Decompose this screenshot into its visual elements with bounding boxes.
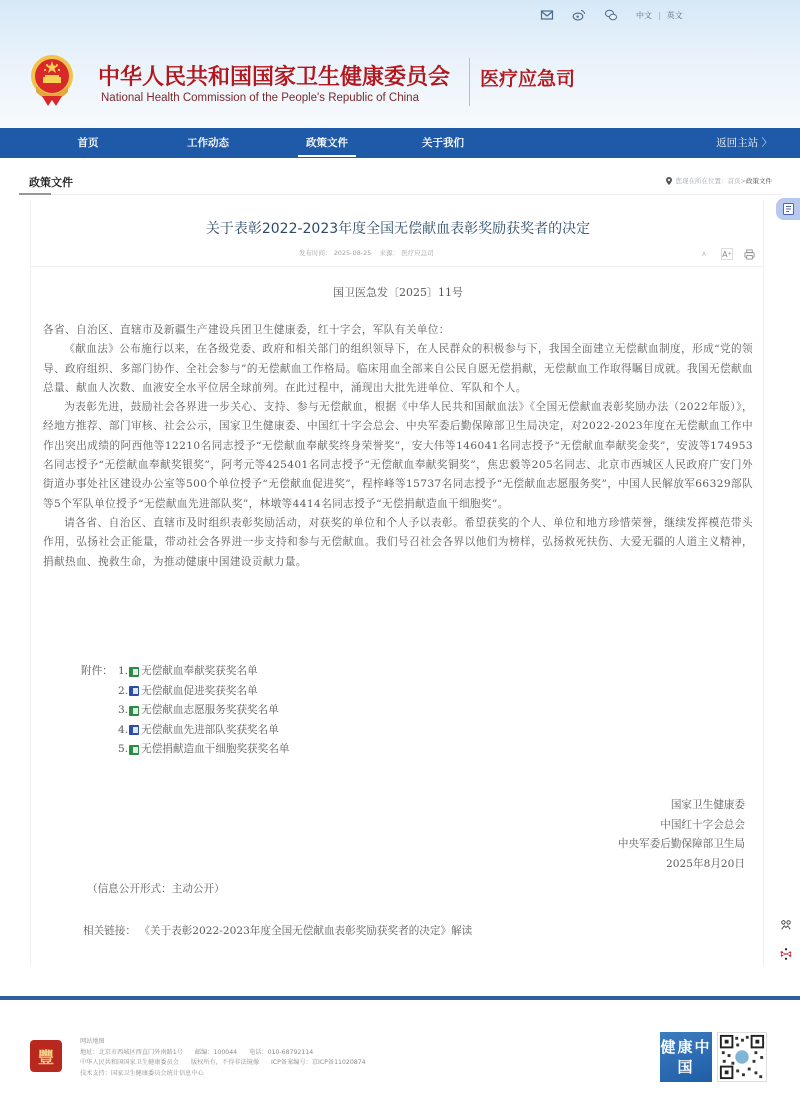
section-divider	[19, 194, 781, 195]
related-label: 相关链接：	[83, 925, 136, 937]
nav-item-work-news[interactable]: 工作动态	[178, 128, 238, 158]
footer-logo: 豐	[30, 1040, 62, 1072]
nav-item-label: 工作动态	[187, 137, 229, 149]
site-map-link[interactable]: 网站地图	[80, 1038, 105, 1045]
article-body: 各省、自治区、直辖市及新疆生产建设兵团卫生健康委，红十字会，军队有关单位： 《献…	[43, 321, 753, 572]
attachment-number: 2.	[118, 682, 128, 702]
wechat-icon[interactable]	[604, 8, 618, 22]
phone-value: 010-68792114	[268, 1049, 314, 1056]
lang-chinese-link[interactable]: 中文	[636, 10, 652, 21]
print-icon[interactable]	[743, 248, 755, 260]
signature-date: 2025年8月20日	[618, 855, 745, 875]
excel-file-icon	[129, 706, 139, 716]
icp-label: ICP备案编号：	[271, 1059, 312, 1066]
attachment-link[interactable]: 无偿献血促进奖获奖名单	[141, 682, 258, 702]
article-card: 关于表彰2022-2023年度全国无偿献血表彰奖励获奖者的决定 发布时间： 20…	[30, 200, 764, 965]
attachment-number: 5.	[118, 740, 128, 760]
attachment-link[interactable]: 无偿献血志愿服务奖获奖名单	[141, 701, 279, 721]
reader-mode-button[interactable]	[776, 198, 800, 220]
site-header: 中文 | 英文 中华人民共和国国家卫生健康委员会 National Health…	[0, 0, 800, 128]
phone-label: 电话：	[249, 1049, 268, 1056]
word-file-icon	[129, 686, 139, 696]
attachment-number: 4.	[118, 721, 128, 741]
national-emblem-logo[interactable]	[28, 52, 76, 108]
nav-item-label: 首页	[78, 137, 99, 149]
attachments-label: 附件：	[81, 662, 118, 682]
attachment-item: 4. 无偿献血先进部队奖获奖名单	[81, 721, 289, 741]
weibo-icon[interactable]	[572, 8, 586, 22]
attachment-link[interactable]: 无偿献血奉献奖获奖名单	[141, 662, 258, 682]
icp-link[interactable]: 京ICP备11020874	[312, 1059, 366, 1066]
attachment-number: 3.	[118, 701, 128, 721]
excel-file-icon	[129, 667, 139, 677]
related-link[interactable]: 《关于表彰2022-2023年度全国无偿献血表彰奖励获奖者的决定》解读	[139, 925, 472, 937]
attachment-item: 2. 无偿献血促进奖获奖名单	[81, 682, 289, 702]
paragraph: 请各省、自治区、直辖市及时组织表彰奖励活动，对获奖的单位和个人予以表彰。希望获奖…	[43, 514, 753, 572]
breadcrumb-home-link[interactable]: 首页	[728, 176, 741, 185]
support-label: 技术支持：	[80, 1070, 111, 1077]
share-network-icon[interactable]	[779, 947, 793, 961]
section-title-underline	[19, 193, 51, 195]
breadcrumb-current: 政策文件	[746, 176, 772, 185]
attachments-list: 附件： 1. 无偿献血奉献奖获奖名单 2. 无偿献血促进奖获奖名单 3. 无偿献…	[81, 662, 289, 760]
source-label: 来源：	[380, 249, 400, 257]
reader-mode-icon	[783, 203, 794, 215]
accessibility-icon[interactable]	[779, 918, 793, 932]
site-title-chinese[interactable]: 中华人民共和国国家卫生健康委员会	[98, 60, 450, 91]
attachment-item: 5. 无偿捐献造血干细胞奖获奖名单	[81, 740, 289, 760]
mail-icon[interactable]	[540, 8, 554, 22]
location-pin-icon	[666, 177, 672, 185]
department-name[interactable]: 医疗应急司	[480, 64, 575, 91]
attachment-link[interactable]: 无偿献血先进部队奖获奖名单	[141, 721, 279, 741]
footer-info: 网站地图 地址：北京市西城区西直门外南路1号 邮编：100044 电话：010-…	[80, 1037, 366, 1079]
main-nav: 首页 工作动态 政策文件 关于我们 返回主站 〉	[0, 128, 800, 158]
paragraph: 《献血法》公布施行以来，在各级党委、政府和相关部门的组织领导下，在人民群众的积极…	[43, 340, 753, 398]
disclosure-note: （信息公开形式：主动公开）	[87, 881, 225, 896]
rights-notice: 版权所有，不得非法镜像	[191, 1059, 259, 1066]
article-title: 关于表彰2022-2023年度全国无偿献血表彰奖励获奖者的决定	[31, 218, 765, 238]
salutation: 各省、自治区、直辖市及新疆生产建设兵团卫生健康委，红十字会，军队有关单位：	[43, 321, 753, 340]
source-value: 医疗应急司	[401, 249, 434, 257]
lang-separator: |	[658, 11, 661, 20]
font-increase-icon[interactable]: A+	[721, 248, 733, 260]
article-meta: 发布时间： 2025-08-25 来源： 医疗应急司	[299, 248, 434, 257]
nav-item-about-us[interactable]: 关于我们	[414, 128, 472, 158]
breadcrumb-prefix: 您现在所在位置：	[676, 176, 728, 185]
related-links: 相关链接： 《关于表彰2022-2023年度全国无偿献血表彰奖励获奖者的决定》解…	[83, 923, 472, 938]
attachment-item: 附件： 1. 无偿献血奉献奖获奖名单	[81, 662, 289, 682]
signature-org: 中央军委后勤保障部卫生局	[618, 835, 745, 855]
lang-english-link[interactable]: 英文	[667, 10, 683, 21]
copyright-org: 中华人民共和国国家卫生健康委员会	[80, 1059, 179, 1066]
attachment-number: 1.	[118, 662, 128, 682]
qr-code	[717, 1032, 767, 1082]
return-main-site-link[interactable]: 返回主站 〉	[716, 128, 772, 158]
signature-block: 国家卫生健康委 中国红十字会总会 中央军委后勤保障部卫生局 2025年8月20日	[618, 796, 745, 874]
postcode-value: 100044	[213, 1049, 237, 1056]
attachment-link[interactable]: 无偿捐献造血干细胞奖获奖名单	[141, 740, 289, 760]
publish-label: 发布时间：	[299, 249, 332, 257]
chevron-right-icon: 〉	[762, 137, 773, 149]
nav-item-label: 政策文件	[306, 137, 348, 149]
font-decrease-icon[interactable]: A-	[699, 248, 711, 260]
excel-file-icon	[129, 745, 139, 755]
nav-item-home[interactable]: 首页	[68, 128, 108, 158]
word-file-icon	[129, 725, 139, 735]
support-value: 国家卫生健康委员会统计信息中心	[111, 1070, 204, 1077]
attachment-item: 3. 无偿献血志愿服务奖获奖名单	[81, 701, 289, 721]
nav-item-label: 关于我们	[422, 137, 464, 149]
top-links: 中文 | 英文	[540, 8, 683, 22]
postcode-label: 邮编：	[195, 1049, 214, 1056]
return-label: 返回主站	[716, 137, 758, 149]
signature-org: 中国红十字会总会	[618, 816, 745, 836]
article-tools: A- A+	[699, 248, 755, 260]
title-divider	[469, 58, 470, 106]
address-label: 地址：	[80, 1049, 99, 1056]
nav-item-policy-documents[interactable]: 政策文件	[298, 128, 356, 158]
address-value: 北京市西城区西直门外南路1号	[99, 1049, 183, 1056]
publish-date: 2025-08-25	[334, 249, 372, 257]
meta-divider	[31, 266, 765, 267]
site-title-english: National Health Commission of the People…	[101, 92, 419, 104]
paragraph: 为表彰先进，鼓励社会各界进一步关心、支持、参与无偿献血，根据《中华人民共和国献血…	[43, 398, 753, 514]
breadcrumb: 您现在所在位置： 首页 > 政策文件	[666, 176, 772, 185]
document-number: 国卫医急发〔2025〕11号	[31, 284, 765, 300]
section-title: 政策文件	[29, 174, 73, 190]
signature-org: 国家卫生健康委	[618, 796, 745, 816]
healthy-china-badge[interactable]: 健康中国	[660, 1032, 712, 1082]
